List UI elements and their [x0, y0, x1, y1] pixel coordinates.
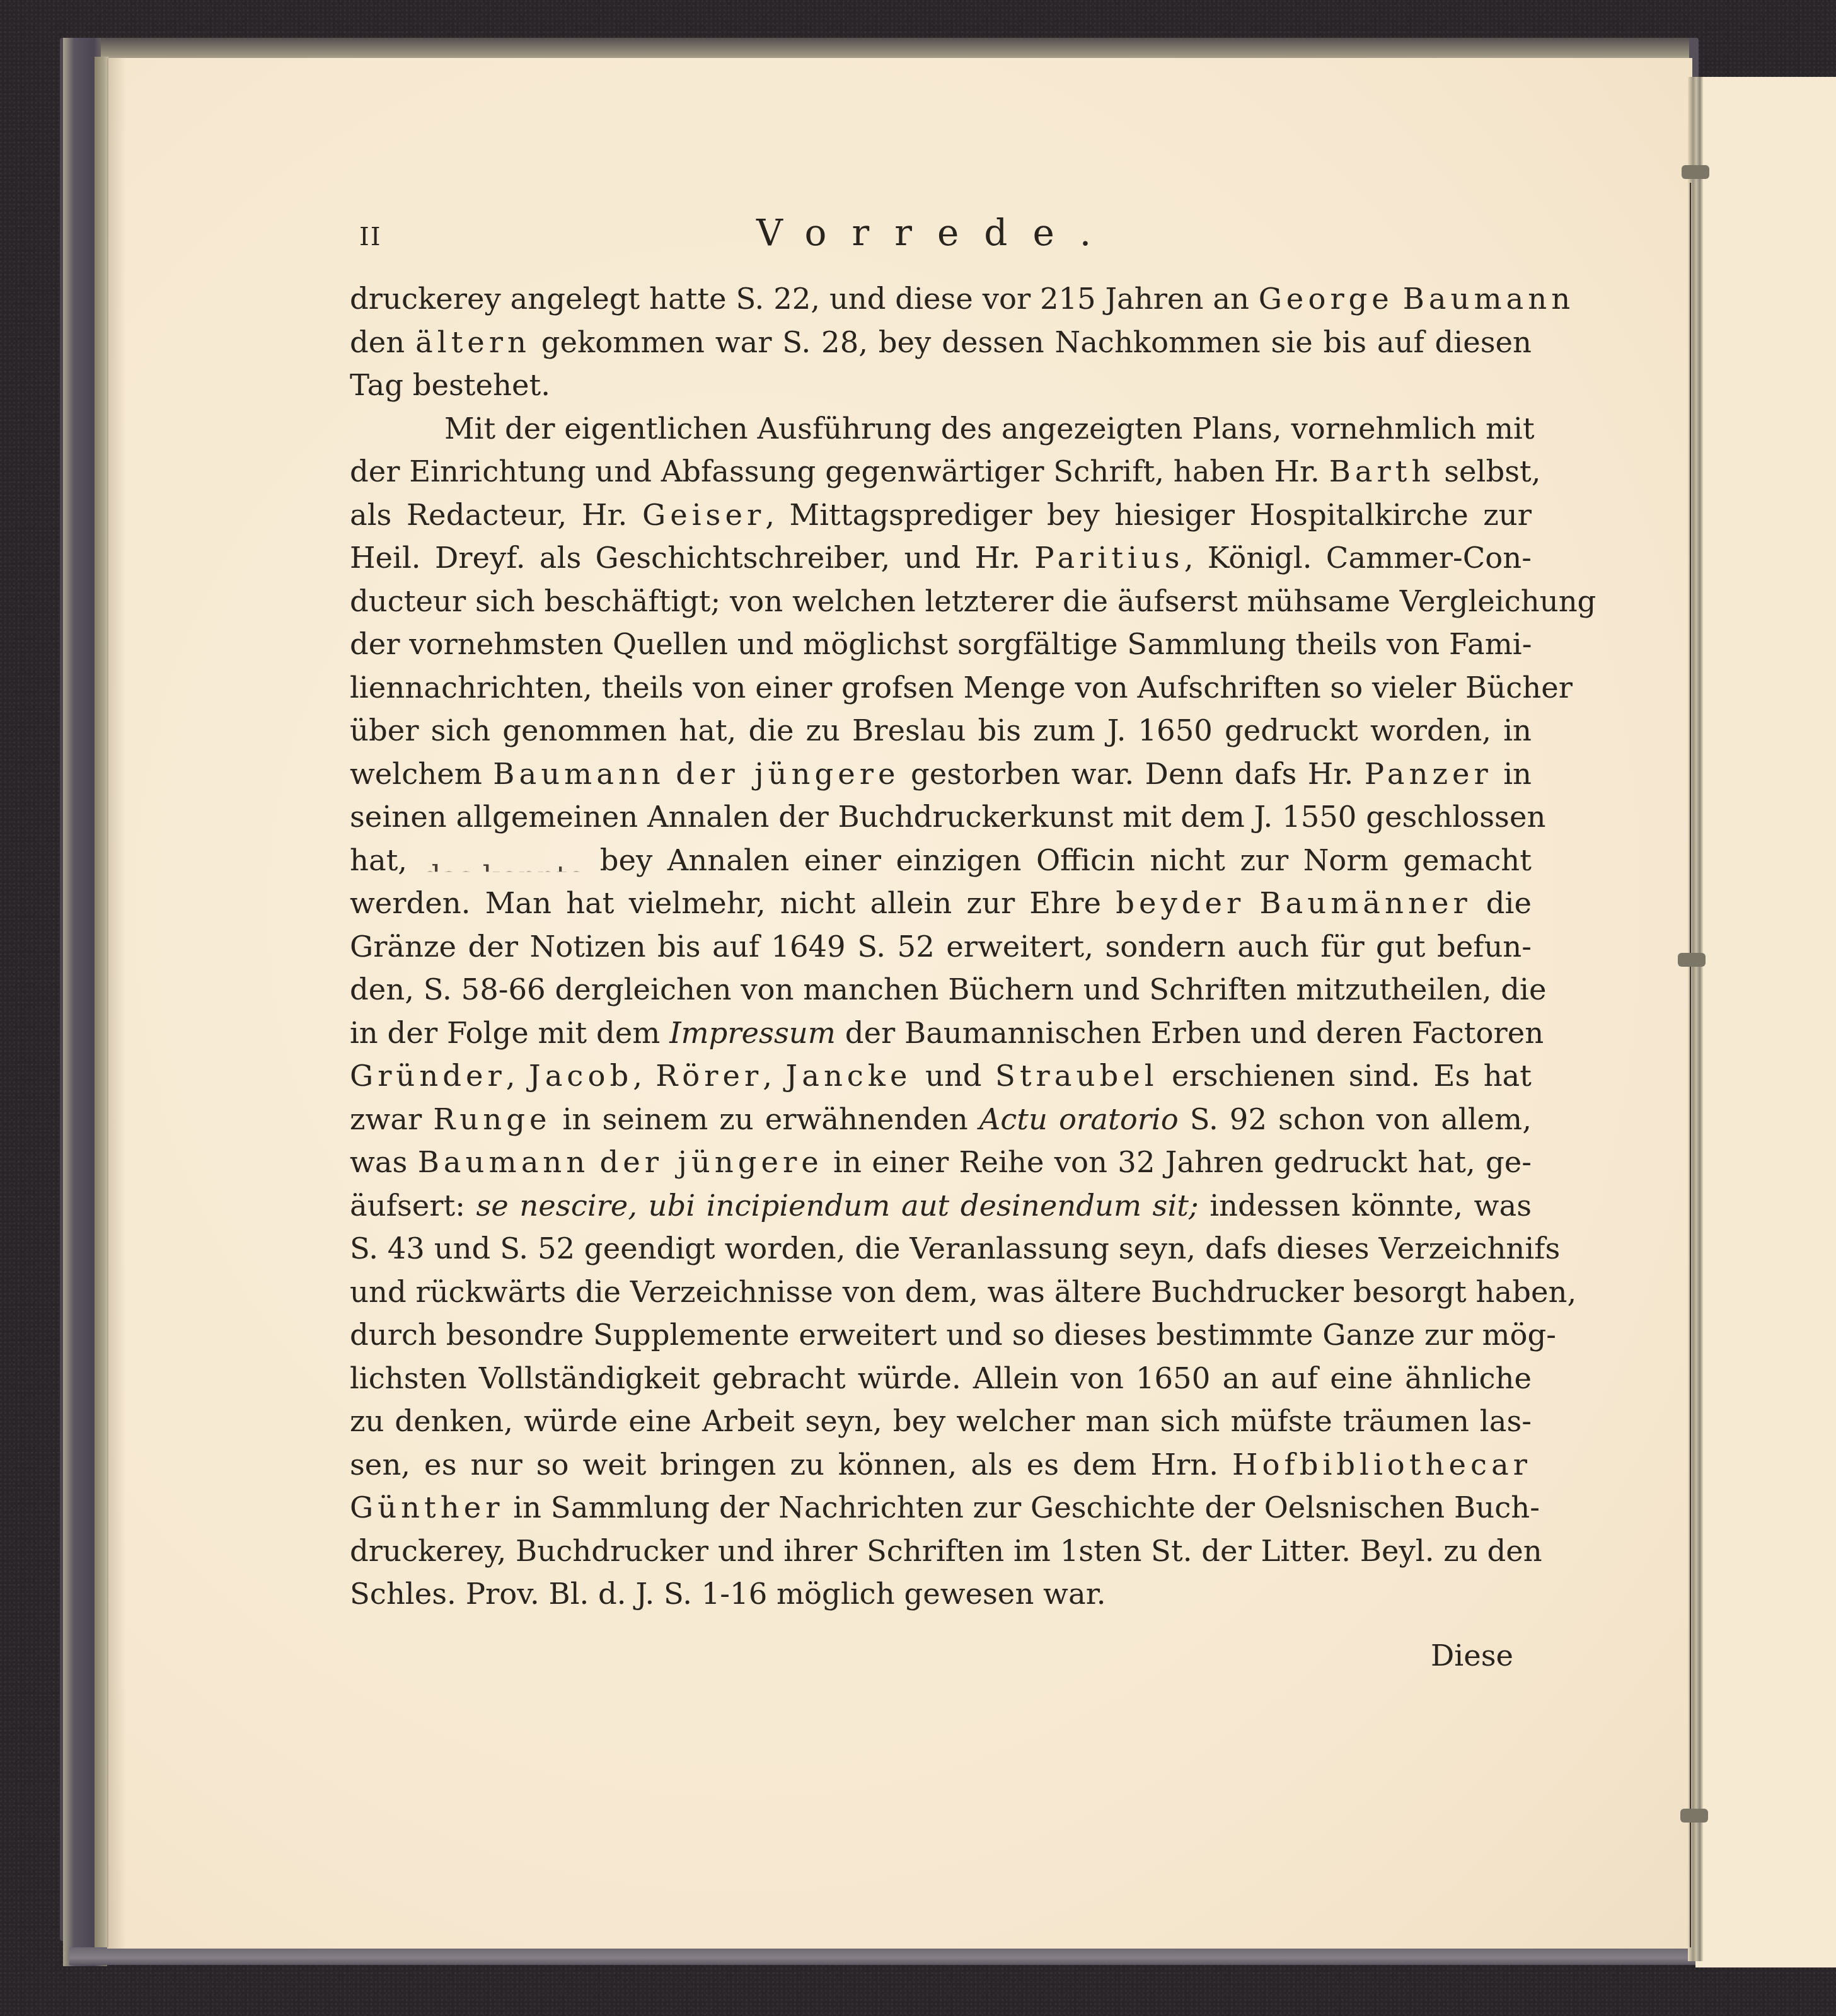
text-segment [589, 1145, 599, 1179]
text-segment: als Redacteur, Hr. [350, 498, 642, 532]
text-segment: hat, [350, 843, 422, 877]
text-segment: äufsert: [350, 1189, 476, 1223]
text-segment: Baumann [1403, 282, 1575, 316]
text-line: liennachrichten, theils von einer grofse… [350, 666, 1532, 710]
text-segment: Heil. Dreyf. als Geschichtschreiber, und… [350, 541, 1034, 575]
text-line: der vornehmsten Quellen und möglichst so… [350, 623, 1532, 666]
text-segment: , [506, 1059, 529, 1093]
text-line: den ältern gekommen war S. 28, bey desse… [350, 321, 1532, 364]
text-line: als Redacteur, Hr. Geiser, Mittagspredig… [350, 493, 1532, 537]
text-line: Heil. Dreyf. als Geschichtschreiber, und… [350, 536, 1532, 580]
text-line: druckerey angelegt hatte S. 22, und dies… [350, 277, 1532, 321]
gutter-crack [1690, 183, 1691, 1947]
text-segment: Baumänner [1259, 886, 1471, 920]
text-line: über sich genommen hat, die zu Breslau b… [350, 709, 1532, 752]
text-segment: Geiser [642, 498, 765, 532]
text-segment: beyder [1116, 886, 1245, 920]
text-segment: Straubel [995, 1059, 1158, 1093]
text-segment: den, S. 58-66 dergleichen von manchen Bü… [350, 972, 1546, 1006]
text-line: der Einrichtung und Abfassung gegenwärti… [350, 450, 1532, 493]
text-segment: der jüngere [600, 1145, 823, 1179]
facing-page [1695, 77, 1836, 1967]
catchword: Diese [1431, 1639, 1513, 1673]
text-line: Mit der eigentlichen Ausführung des ange… [350, 407, 1532, 451]
text-segment: selbst, [1435, 454, 1540, 488]
text-segment: Rörer [655, 1059, 763, 1093]
text-segment: sen, es nur so weit bringen zu können, a… [350, 1448, 1232, 1482]
page-shadow [107, 58, 126, 1949]
text-segment: gekommen war S. 28, bey dessen Nachkomme… [531, 325, 1532, 359]
text-segment: S. 92 schon von allem, [1179, 1102, 1532, 1136]
text-segment: in der Folge mit dem [350, 1016, 669, 1050]
text-segment: der Baumannischen Erben und deren Factor… [836, 1016, 1544, 1050]
text-segment: , Königl. Cammer-Con- [1184, 541, 1532, 575]
body-text: druckerey angelegt hatte S. 22, und dies… [350, 277, 1532, 1616]
text-segment: bey Annalen einer einzigen Officin nicht… [585, 843, 1532, 877]
text-line: Tag bestehet. [350, 364, 1532, 407]
text-line: Gränze der Notizen bis auf 1649 S. 52 er… [350, 925, 1532, 969]
text-segment: was [350, 1145, 418, 1179]
text-line: durch besondre Supplemente erweitert und… [350, 1313, 1532, 1357]
text-segment: gestorben war. Denn dafs Hr. [900, 757, 1365, 791]
text-segment: George [1259, 282, 1394, 316]
text-line: seinen allgemeinen Annalen der Buchdruck… [350, 795, 1532, 839]
text-segment: Günther [350, 1490, 504, 1524]
text-line: werden. Man hat vielmehr, nicht allein z… [350, 882, 1532, 925]
text-segment: und rückwärts die Verzeichnisse von dem,… [350, 1275, 1576, 1309]
text-segment: in einer Reihe von 32 Jahren gedruckt ha… [823, 1145, 1532, 1179]
text-line: und rückwärts die Verzeichnisse von dem,… [350, 1270, 1532, 1314]
text-line: S. 43 und S. 52 geendigt worden, die Ver… [350, 1227, 1532, 1270]
text-line: Günther in Sammlung der Nachrichten zur … [350, 1486, 1532, 1529]
text-segment: zwar [350, 1102, 433, 1136]
text-line: druckerey, Buchdrucker und ihrer Schrift… [350, 1529, 1532, 1573]
text-segment [665, 757, 676, 791]
text-line: den, S. 58-66 dergleichen von manchen Bü… [350, 968, 1532, 1011]
text-segment: druckerey angelegt hatte S. 22, und dies… [350, 282, 1259, 316]
text-line: hat, das konnte bey Annalen einer einzig… [350, 839, 1532, 882]
text-segment: se nescire, ubi incipiendum aut desinend… [476, 1189, 1198, 1223]
text-line: in der Folge mit dem Impressum der Bauma… [350, 1011, 1532, 1055]
text-segment: Mit der eigentlichen Ausführung des ange… [444, 412, 1535, 446]
text-segment: welchem [350, 757, 493, 791]
text-segment: , Mittagsprediger bey hiesiger Hospitalk… [765, 498, 1532, 532]
text-segment: Impressum [669, 1016, 836, 1050]
text-segment: , [763, 1059, 785, 1093]
text-segment: Baumann [418, 1145, 590, 1179]
page-edge-left [95, 57, 108, 1947]
text-line: zu denken, würde eine Arbeit seyn, bey w… [350, 1400, 1532, 1443]
text-segment [1245, 886, 1259, 920]
text-line: ducteur sich beschäftigt; von welchen le… [350, 580, 1532, 623]
text-segment: in seinem zu erwähnenden [551, 1102, 979, 1136]
text-segment: zu denken, würde eine Arbeit seyn, bey w… [350, 1404, 1532, 1438]
text-segment: werden. Man hat vielmehr, nicht allein z… [350, 886, 1116, 920]
text-segment: Barth [1329, 454, 1435, 488]
binding-stitch [1682, 165, 1709, 179]
text-line: was Baumann der jüngere in einer Reihe v… [350, 1141, 1532, 1184]
text-segment: Jacob [529, 1059, 633, 1093]
cover-bottom-edge [69, 1947, 1695, 1965]
binding-stitch [1680, 1809, 1708, 1823]
text-segment: Schles. Prov. Bl. d. J. S. 1-16 möglich … [350, 1577, 1106, 1611]
text-line: zwar Runge in seinem zu erwähnenden Actu… [350, 1098, 1532, 1141]
text-segment: die [1472, 886, 1532, 920]
text-segment: durch besondre Supplemente erweitert und… [350, 1318, 1556, 1352]
text-segment: der vornehmsten Quellen und möglichst so… [350, 627, 1532, 661]
text-segment: lichsten Vollständigkeit gebracht würde.… [350, 1361, 1532, 1395]
text-segment: Tag bestehet. [350, 368, 550, 402]
text-segment: der Einrichtung und Abfassung gegenwärti… [350, 454, 1329, 488]
running-title: Vorrede. [756, 211, 1116, 254]
text-segment: Hofbibliothecar [1232, 1448, 1532, 1482]
text-line: lichsten Vollständigkeit gebracht würde.… [350, 1357, 1532, 1400]
text-segment: Paritius [1034, 541, 1184, 575]
text-segment: seinen allgemeinen Annalen der Buchdruck… [350, 800, 1545, 834]
page-number: II [359, 222, 382, 251]
text-line: Gründer, Jacob, Rörer, Jancke und Straub… [350, 1054, 1532, 1098]
text-segment: Gründer [350, 1059, 506, 1093]
text-segment: Actu oratorio [979, 1102, 1179, 1136]
text-segment: in Sammlung der Nachrichten zur Geschich… [504, 1490, 1539, 1524]
text-segment: , [633, 1059, 655, 1093]
text-line: Schles. Prov. Bl. d. J. S. 1-16 möglich … [350, 1572, 1532, 1616]
text-line: welchem Baumann der jüngere gestorben wa… [350, 752, 1532, 796]
text-segment [1394, 282, 1403, 316]
text-segment: erschienen sind. Es hat [1158, 1059, 1532, 1093]
text-segment: ältern [415, 325, 531, 359]
text-segment: Jancke [786, 1059, 912, 1093]
text-segment: der jüngere [676, 757, 899, 791]
text-segment: über sich genommen hat, die zu Breslau b… [350, 713, 1532, 747]
text-segment: den [350, 325, 415, 359]
binding-stitch [1678, 953, 1706, 967]
text-line: äufsert: se nescire, ubi incipiendum aut… [350, 1184, 1532, 1228]
text-line: sen, es nur so weit bringen zu können, a… [350, 1443, 1532, 1487]
text-segment: liennachrichten, theils von einer grofse… [350, 671, 1573, 705]
text-segment: das konnte [422, 855, 585, 872]
text-segment: und [912, 1059, 995, 1093]
text-segment: Gränze der Notizen bis auf 1649 S. 52 er… [350, 930, 1532, 964]
text-segment: Baumann [493, 757, 665, 791]
text-segment: ducteur sich beschäftigt; von welchen le… [350, 584, 1596, 618]
text-segment: Runge [433, 1102, 551, 1136]
text-segment: indessen könnte, was [1199, 1189, 1532, 1223]
text-segment: Panzer [1365, 757, 1492, 791]
page-header: II Vorrede. [353, 211, 1532, 255]
text-segment: druckerey, Buchdrucker und ihrer Schrift… [350, 1534, 1542, 1568]
text-segment: S. 43 und S. 52 geendigt worden, die Ver… [350, 1231, 1560, 1265]
text-segment: in [1492, 757, 1532, 791]
